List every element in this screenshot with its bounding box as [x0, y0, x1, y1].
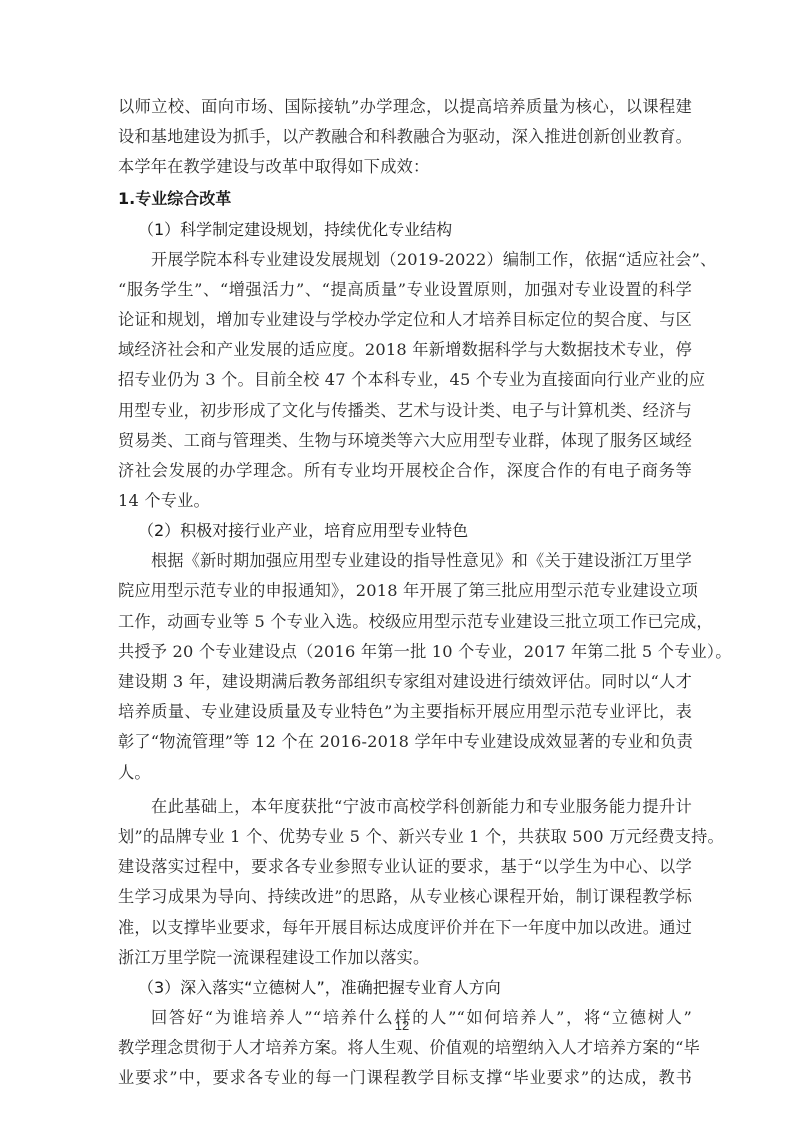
text-line: 准，以支撑毕业要求，每年开展目标达成度评价并在下一年度中加以改进。通过 [118, 913, 692, 943]
text-line: 设和基地建设为抓手，以产教融合和科教融合为驱动，深入推进创新创业教育。 [118, 122, 692, 152]
text-line: 人。 [118, 758, 692, 788]
text-line: 域经济社会和产业发展的适应度。2018 年新增数据科学与大数据技术专业，停 [118, 335, 692, 365]
text-line: 共授予 20 个专业建设点（2016 年第一批 10 个专业，2017 年第二批… [118, 637, 692, 667]
text-line: 培养质量、专业建设质量及专业特色”为主要指标开展应用型示范专业评比，表 [118, 697, 692, 727]
text-line: 工作，动画专业等 5 个专业入选。校级应用型示范专业建设三批立项工作已完成， [118, 607, 692, 637]
text-line: 生学习成果为导向、持续改进”的思路，从专业核心课程开始，制订课程教学标 [118, 882, 692, 912]
text-line: 划”的品牌专业 1 个、优势专业 5 个、新兴专业 1 个，共获取 500 万元… [118, 822, 692, 852]
intro-paragraph: 以师立校、面向市场、国际接轨”办学理念，以提高培养质量为核心，以课程建 设和基地… [118, 92, 692, 183]
text-line: 本学年在教学建设与改革中取得如下成效： [118, 152, 692, 182]
text-line: 贸易类、工商与管理类、生物与环境类等六大应用型专业群，体现了服务区域经 [118, 426, 692, 456]
text-line: 招专业仍为 3 个。目前全校 47 个本科专业，45 个专业为直接面向行业产业的… [118, 365, 692, 395]
paragraph: 在此基础上，本年度获批“宁波市高校学科创新能力和专业服务能力提升计 划”的品牌专… [118, 792, 692, 973]
text-line: 14 个专业。 [118, 486, 692, 516]
page-number: 12 [0, 1018, 800, 1033]
text-line: 以师立校、面向市场、国际接轨”办学理念，以提高培养质量为核心，以课程建 [118, 92, 692, 122]
paragraph: 回答好“为谁培养人”“培养什么样的人”“如何培养人”，将“立德树人” 教学理念贯… [118, 1003, 692, 1094]
text-line: 建设期 3 年，建设期满后教务部组织专家组对建设进行绩效评估。同时以“人才 [118, 667, 692, 697]
text-line: 济社会发展的办学理念。所有专业均开展校企合作，深度合作的有电子商务等 [118, 456, 692, 486]
text-line: 开展学院本科专业建设发展规划（2019-2022）编制工作，依据“适应社会”、 [118, 245, 692, 275]
text-line: 根据《新时期加强应用型专业建设的指导性意见》和《关于建设浙江万里学 [118, 546, 692, 576]
text-line: 教学理念贯彻于人才培养方案。将人生观、价值观的培塑纳入人才培养方案的“毕 [118, 1033, 692, 1063]
text-line: 院应用型示范专业的申报通知》，2018 年开展了第三批应用型示范专业建设立项 [118, 576, 692, 606]
text-line: 彰了“物流管理”等 12 个在 2016-2018 学年中专业建设成效显著的专业… [118, 727, 692, 757]
subsection-heading: （1）科学制定建设规划，持续优化专业结构 [118, 215, 692, 245]
text-line: 浙江万里学院一流课程建设工作加以落实。 [118, 943, 692, 973]
text-line: 用型专业，初步形成了文化与传播类、艺术与设计类、电子与计算机类、经济与 [118, 396, 692, 426]
text-line: 建设落实过程中，要求各专业参照专业认证的要求，基于“以学生为中心、以学 [118, 852, 692, 882]
paragraph: 开展学院本科专业建设发展规划（2019-2022）编制工作，依据“适应社会”、 … [118, 245, 692, 517]
subsection-heading: （3）深入落实“立德树人”，准确把握专业育人方向 [118, 973, 692, 1003]
text-line: 在此基础上，本年度获批“宁波市高校学科创新能力和专业服务能力提升计 [118, 792, 692, 822]
text-line: 论证和规划，增加专业建设与学校办学定位和人才培养目标定位的契合度、与区 [118, 305, 692, 335]
section-heading: 1.专业综合改革 [118, 183, 692, 215]
document-page-body: 以师立校、面向市场、国际接轨”办学理念，以提高培养质量为核心，以课程建 设和基地… [118, 92, 692, 1093]
subsection-heading: （2）积极对接行业产业，培育应用型专业特色 [118, 516, 692, 546]
paragraph: 根据《新时期加强应用型专业建设的指导性意见》和《关于建设浙江万里学 院应用型示范… [118, 546, 692, 788]
text-line: “服务学生”、“增强活力”、“提高质量”专业设置原则，加强对专业设置的科学 [118, 275, 692, 305]
text-line: 业要求”中，要求各专业的每一门课程教学目标支撑“毕业要求”的达成，教书 [118, 1063, 692, 1093]
